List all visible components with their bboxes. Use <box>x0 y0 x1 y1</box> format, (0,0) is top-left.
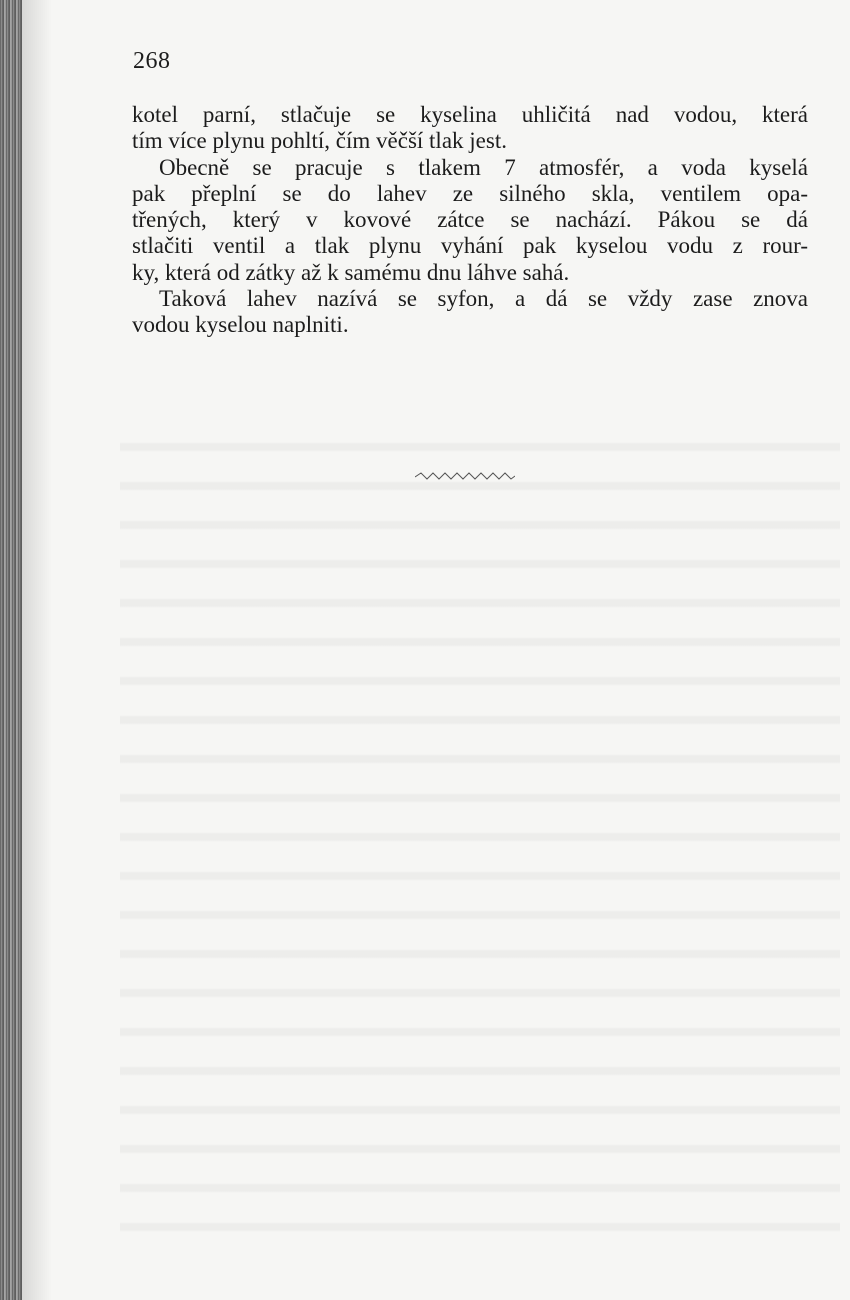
body-text: kotel parní, stlačuje se kyselina uhliči… <box>132 102 808 339</box>
paragraph-2: Obecně se pracuje s tlakem 7 atmosfér, a… <box>132 155 808 286</box>
paragraph-1: kotel parní, stlačuje se kyselina uhliči… <box>132 102 808 155</box>
text-line: tím více plynu pohltí, čím věčší tlak je… <box>132 128 808 154</box>
text-line: vodou kyselou naplniti. <box>132 312 808 338</box>
binding-shadow <box>22 0 52 1300</box>
wavy-line-ornament-icon <box>415 470 515 484</box>
text-line: ky, která od zátky až k samému dnu láhve… <box>132 260 808 286</box>
show-through-text <box>120 420 840 1240</box>
text-line: stlačiti ventil a tlak plynu vyhání pak … <box>132 233 808 259</box>
page-number: 268 <box>133 48 171 75</box>
text-line: Obecně se pracuje s tlakem 7 atmosfér, a… <box>132 155 808 181</box>
text-line: kotel parní, stlačuje se kyselina uhliči… <box>132 102 808 128</box>
paragraph-3: Taková lahev nazívá se syfon, a dá se vž… <box>132 286 808 339</box>
text-line: pak přeplní se do lahev ze silného skla,… <box>132 181 808 207</box>
text-line: třených, který v kovové zátce se nachází… <box>132 207 808 233</box>
text-line: Taková lahev nazívá se syfon, a dá se vž… <box>132 286 808 312</box>
book-binding <box>0 0 22 1300</box>
